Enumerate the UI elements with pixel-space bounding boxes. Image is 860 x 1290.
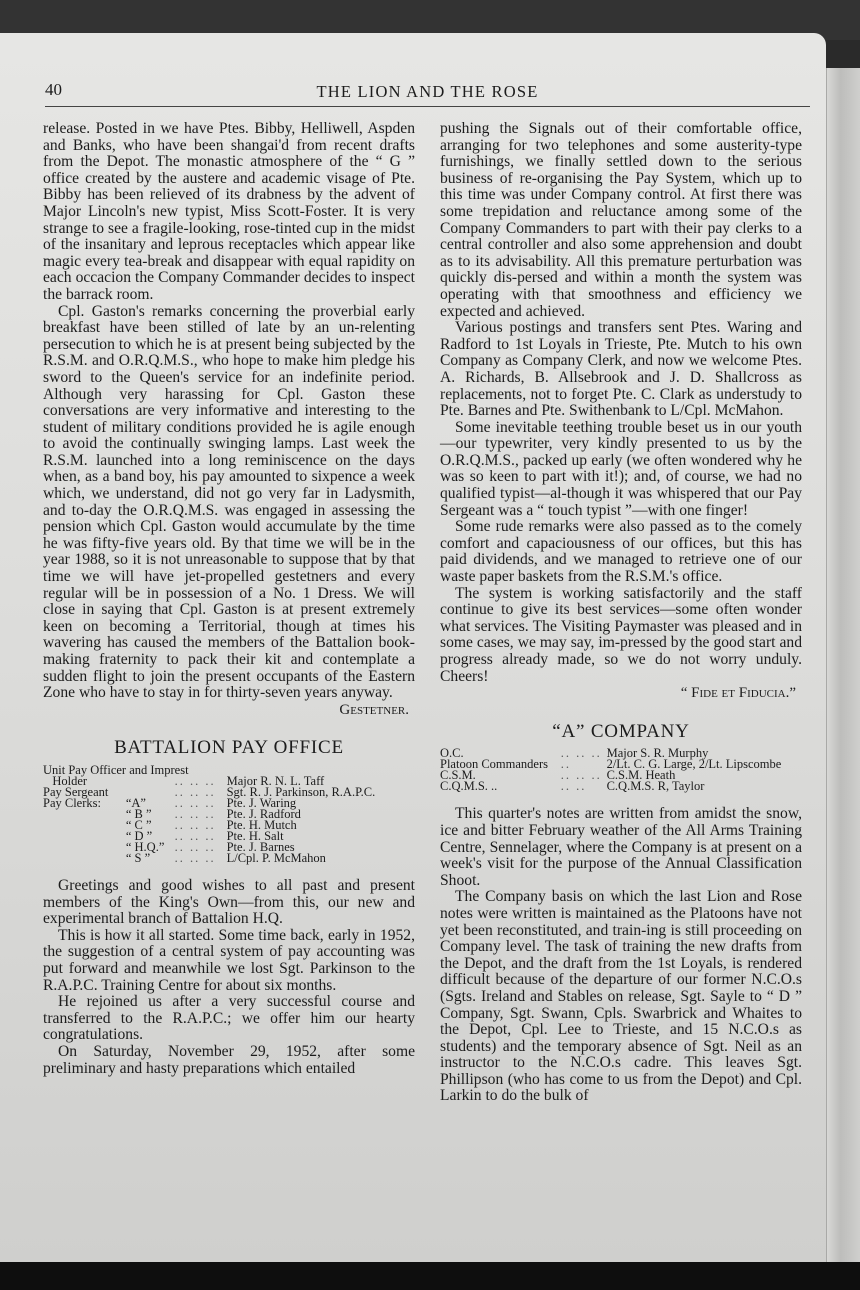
section-title-a-company: “A” COMPANY xyxy=(440,724,802,741)
a-company-roster: O.C... .. ..Major S. R. MurphyPlatoon Co… xyxy=(440,748,802,792)
roster-leader-dots: .. .. xyxy=(561,781,607,792)
paragraph: This quarter's notes are written from am… xyxy=(440,806,802,889)
running-head: 40 THE LION AND THE ROSE xyxy=(45,82,810,107)
background-bottom xyxy=(0,1262,860,1290)
paragraph: He rejoined us after a very successful c… xyxy=(43,994,415,1044)
roster-role xyxy=(43,842,126,853)
signature: “ Fide et Fiducia.” xyxy=(440,685,802,702)
roster-role xyxy=(43,820,126,831)
paragraph: Some rude remarks were also passed as to… xyxy=(440,519,802,585)
roster-name: C.Q.M.S. R, Taylor xyxy=(607,781,802,792)
paragraph: This is how it all started. Some time ba… xyxy=(43,928,415,994)
paragraph: release. Posted in we have Ptes. Bibby, … xyxy=(43,121,415,304)
roster-role: Pay Clerks: xyxy=(43,798,126,809)
roster-role xyxy=(43,809,126,820)
right-column: pushing the Signals out of their comfort… xyxy=(440,121,802,1105)
roster-row: “ S ”.. .. ..L/Cpl. P. McMahon xyxy=(43,853,415,864)
roster-name: L/Cpl. P. McMahon xyxy=(227,853,415,864)
paragraph: pushing the Signals out of their comfort… xyxy=(440,121,802,320)
paragraph: On Saturday, November 29, 1952, after so… xyxy=(43,1044,415,1077)
paragraph: Cpl. Gaston's remarks concerning the pro… xyxy=(43,304,415,702)
roster-subunit xyxy=(126,776,175,787)
pay-office-roster: Unit Pay Officer and Imprest Holder.. ..… xyxy=(43,765,415,864)
paragraph: Some inevitable teething trouble beset u… xyxy=(440,420,802,520)
roster-role: C.Q.M.S. .. xyxy=(440,781,561,792)
roster-role xyxy=(43,831,126,842)
paragraph: Various postings and transfers sent Ptes… xyxy=(440,320,802,420)
paragraph: The Company basis on which the last Lion… xyxy=(440,889,802,1105)
paragraph: The system is working satisfactorily and… xyxy=(440,586,802,686)
roster-row: C.Q.M.S. .... ..C.Q.M.S. R, Taylor xyxy=(440,781,802,792)
roster-role xyxy=(43,853,126,864)
left-column: release. Posted in we have Ptes. Bibby, … xyxy=(43,121,415,1077)
signature: Gestetner. xyxy=(43,702,415,719)
page-gutter-fold xyxy=(826,68,860,1268)
roster-leader-dots: .. .. .. xyxy=(175,853,227,864)
journal-title: THE LION AND THE ROSE xyxy=(45,82,810,102)
section-title-pay-office: BATTALION PAY OFFICE xyxy=(43,740,415,757)
paragraph: Greetings and good wishes to all past an… xyxy=(43,878,415,928)
roster-subunit: “ S ” xyxy=(126,853,175,864)
